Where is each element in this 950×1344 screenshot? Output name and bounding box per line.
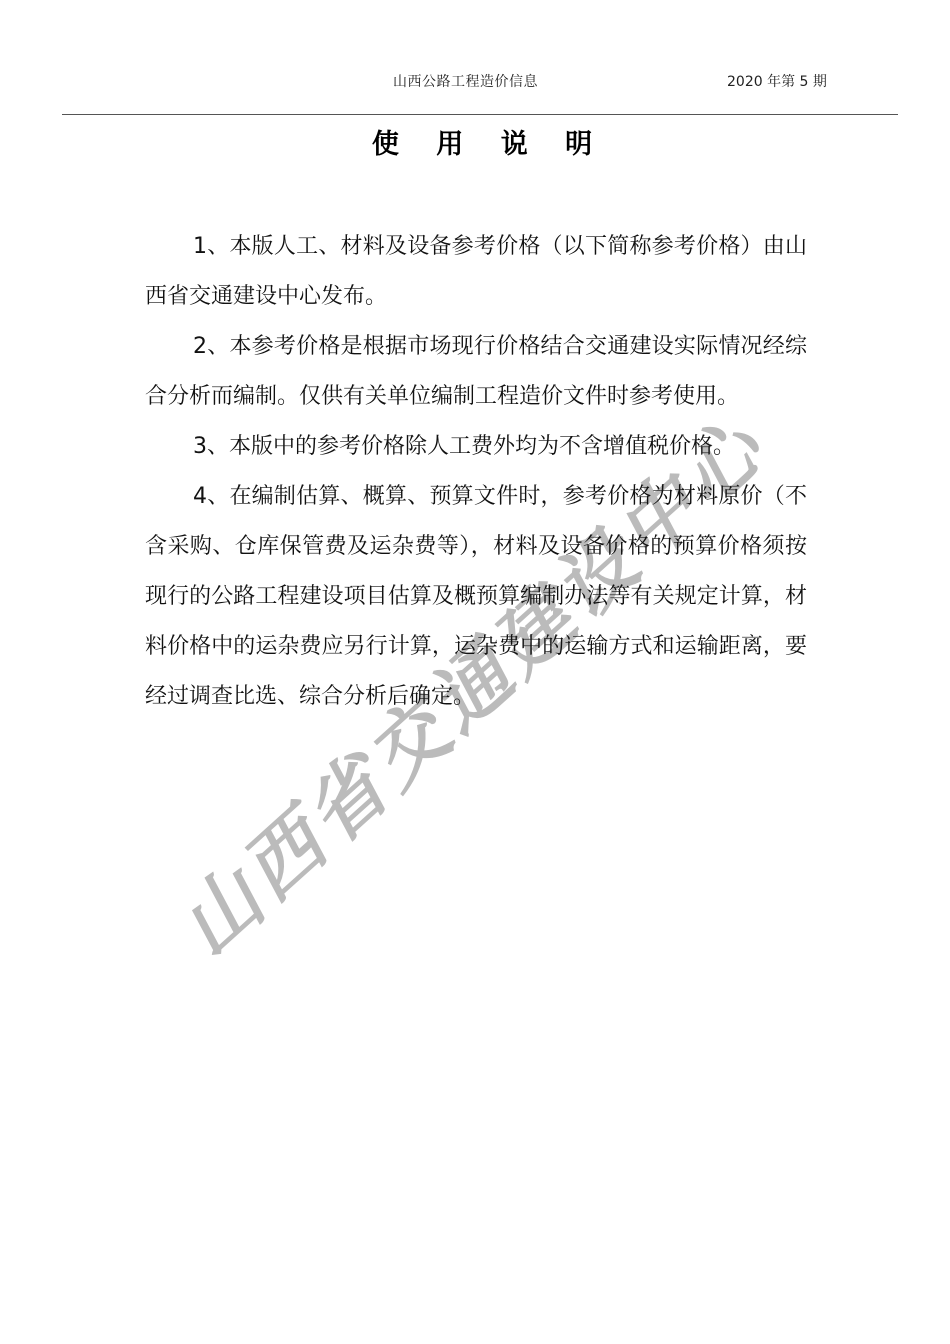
- page-title: 使 用 说 明: [0, 122, 950, 161]
- document-body: 1、本版人工、材料及设备参考价格（以下简称参考价格）由山西省交通建设中心发布。 …: [145, 222, 807, 722]
- paragraph-3: 3、本版中的参考价格除人工费外均为不含增值税价格。: [145, 422, 807, 472]
- paragraph-4: 4、在编制估算、概算、预算文件时，参考价格为材料原价（不含采购、仓库保管费及运杂…: [145, 472, 807, 722]
- paragraph-2: 2、本参考价格是根据市场现行价格结合交通建设实际情况经综合分析而编制。仅供有关单…: [145, 322, 807, 422]
- paragraph-1: 1、本版人工、材料及设备参考价格（以下简称参考价格）由山西省交通建设中心发布。: [145, 222, 807, 322]
- header-divider: [62, 114, 898, 115]
- publication-name: 山西公路工程造价信息: [393, 71, 538, 91]
- issue-number: 2020 年第 5 期: [727, 71, 827, 91]
